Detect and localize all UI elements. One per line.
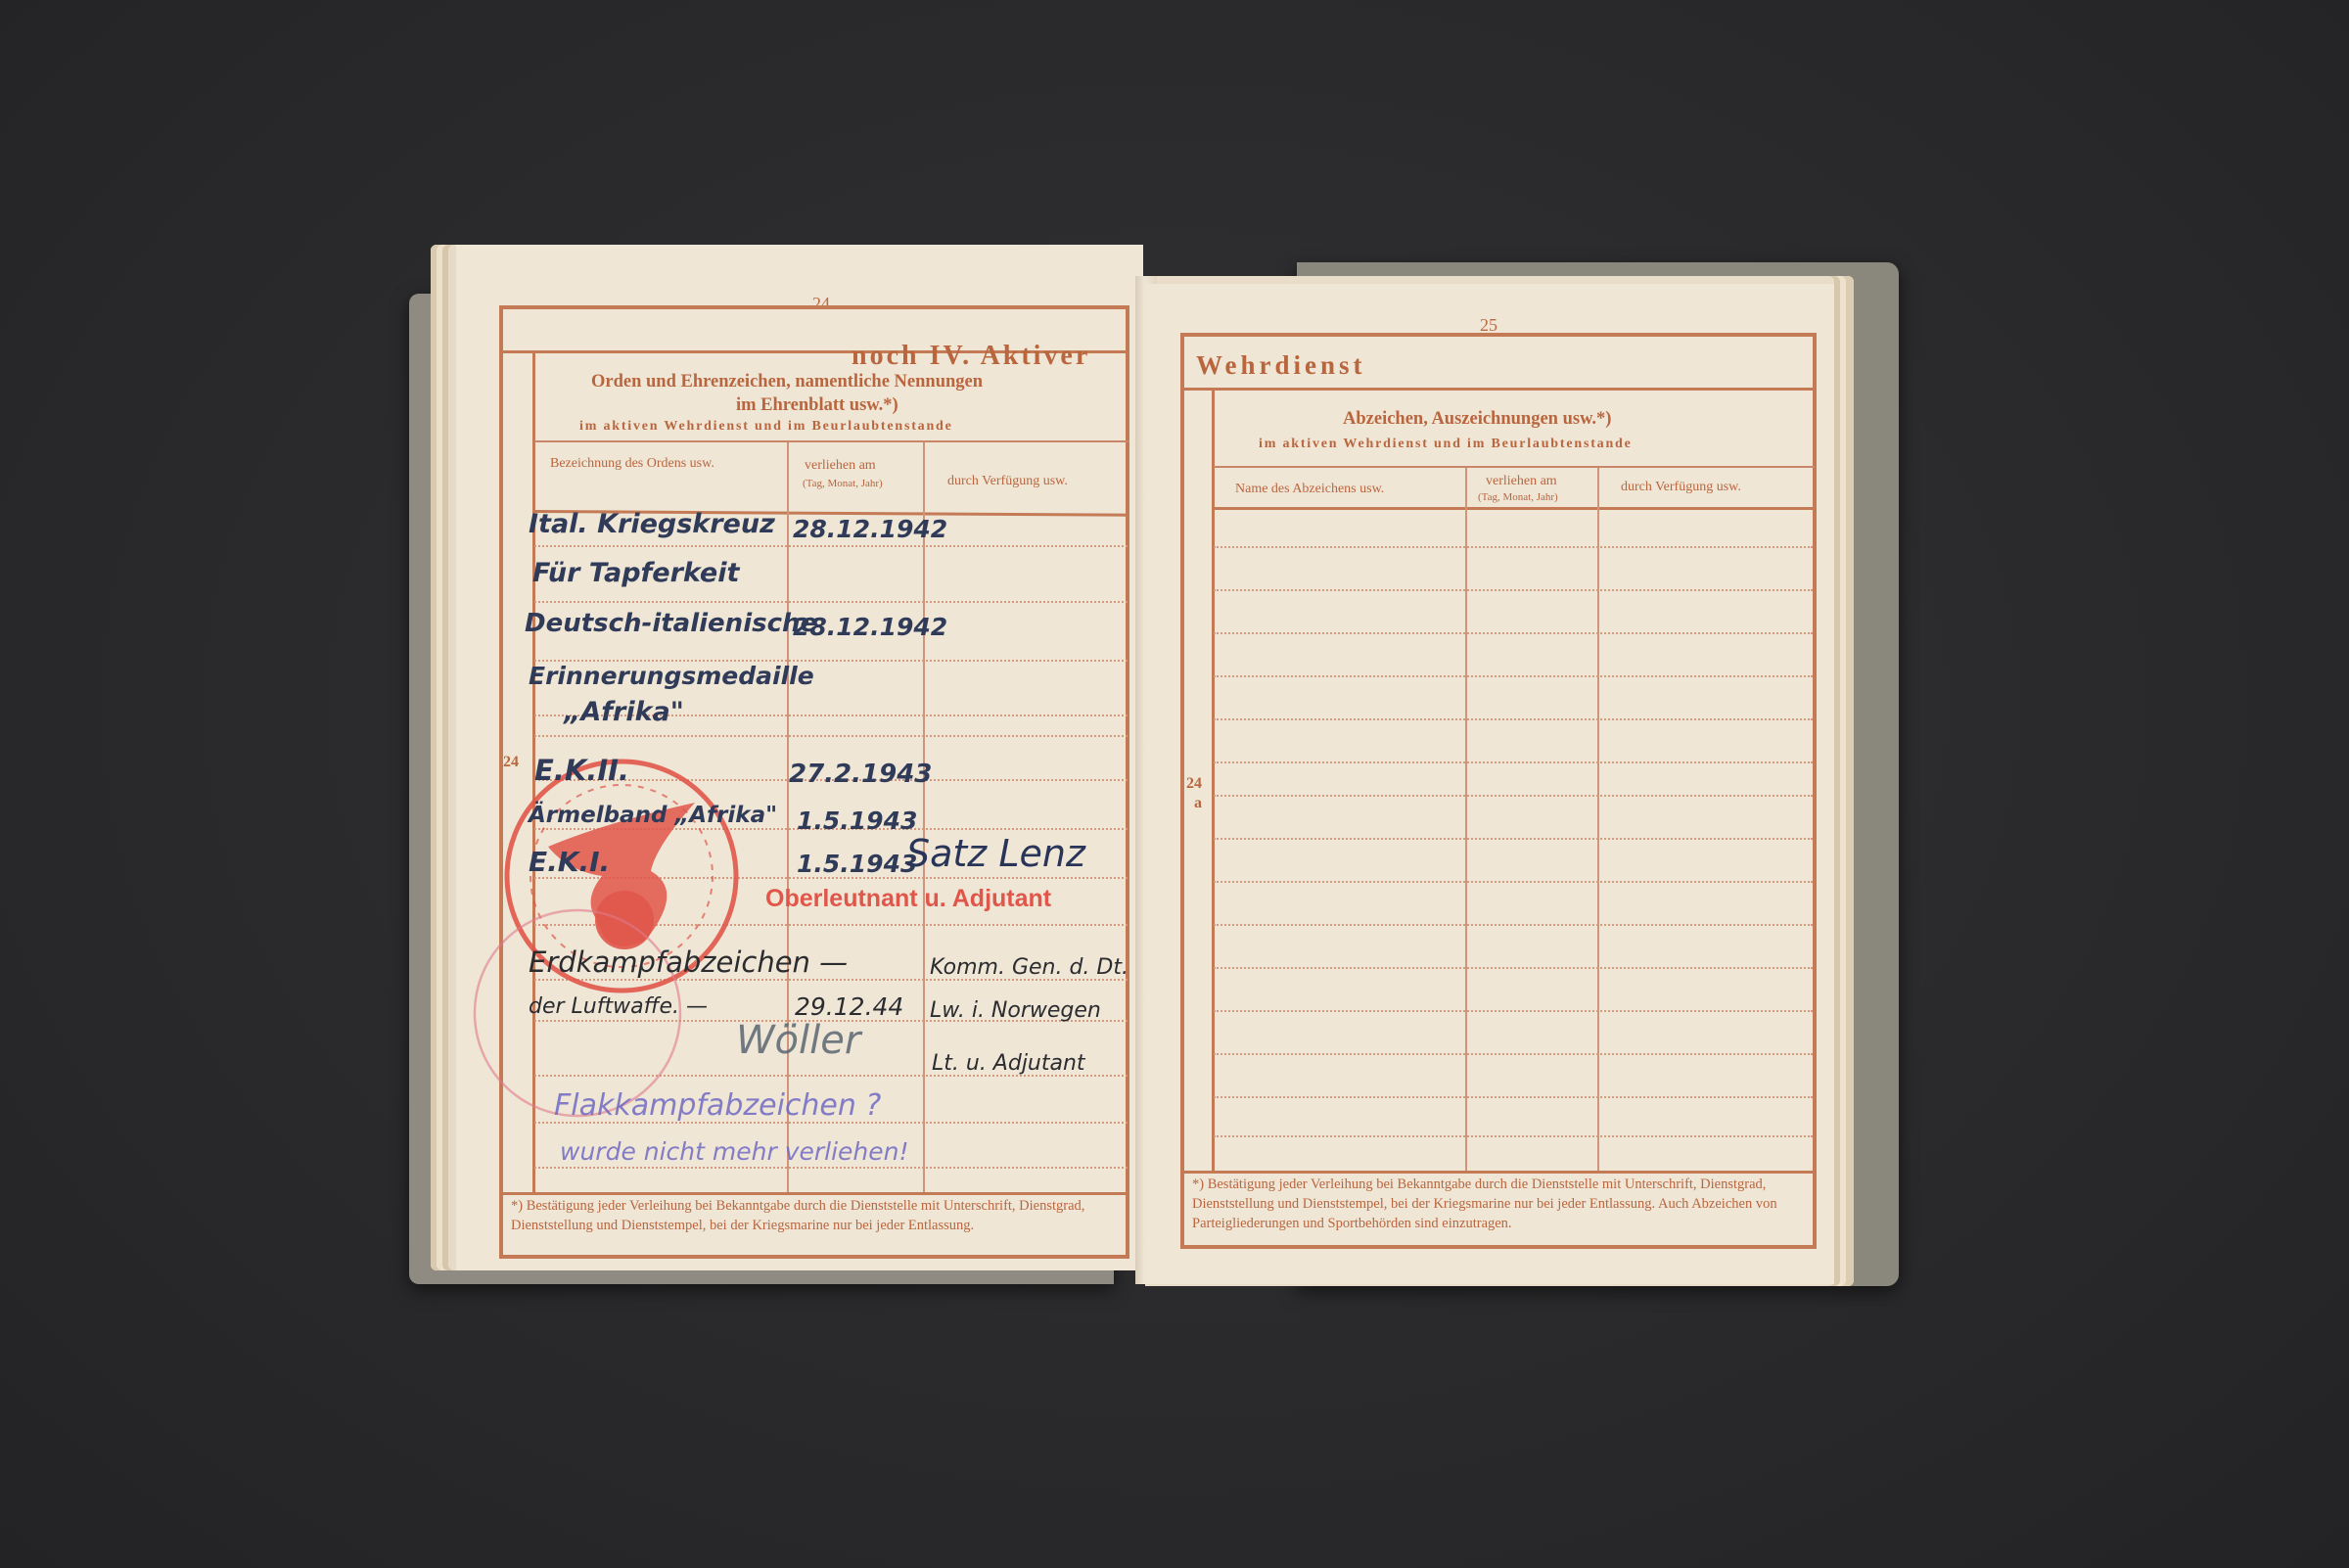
right-col-header-1: Name des Abzeichens usw. [1235, 482, 1384, 497]
right-empty-row-line [1214, 632, 1813, 634]
left-footnote-divider [499, 1192, 1129, 1195]
right-col-header-3: durch Verfügung usw. [1621, 480, 1741, 495]
right-col-divider-2 [1597, 468, 1599, 1173]
left-heading-line3: im aktiven Wehrdienst und im Beurlaubten… [579, 419, 953, 435]
entry-name-5: „Afrika" [564, 697, 684, 727]
entry-name-6: E.K.II. [534, 754, 629, 787]
left-heading-line1: Orden und Ehrenzeichen, namentliche Nenn… [591, 372, 983, 392]
right-empty-row-line [1214, 1135, 1813, 1137]
right-empty-row-line [1214, 1010, 1813, 1012]
entry-date-1: 28.12.1942 [793, 515, 947, 543]
entry-date-6: 27.2.1943 [789, 760, 932, 789]
right-heading-divider [1214, 466, 1815, 468]
right-empty-row-line [1214, 761, 1813, 763]
right-empty-row-line [1214, 967, 1813, 969]
left-col-divider-2 [923, 442, 925, 1194]
entry-authority-9: Komm. Gen. d. Dt. [930, 955, 1128, 980]
right-empty-row-line [1214, 718, 1813, 720]
left-entry-row-line [534, 601, 1128, 603]
entry-name-1: Ital. Kriegskreuz [529, 509, 775, 539]
right-footnote-divider [1180, 1171, 1817, 1174]
entry-authority-10: Lw. i. Norwegen [930, 998, 1101, 1023]
right-col-divider-1 [1465, 468, 1467, 1173]
entry-name-7: Ärmelband „Afrika" [529, 803, 777, 828]
entry-name-8: E.K.I. [529, 846, 610, 878]
left-col-header-3: durch Verfügung usw. [947, 474, 1068, 489]
right-footnote: *) Bestätigung jeder Verleihung bei Beka… [1192, 1175, 1809, 1233]
right-section-title: Wehrdienst [1196, 350, 1366, 381]
right-empty-row-line [1214, 589, 1813, 591]
right-form-frame [1180, 333, 1817, 1249]
right-column-header-divider [1214, 507, 1815, 510]
right-heading-line1: Abzeichen, Auszeichnungen usw.*) [1343, 409, 1611, 430]
entry-date-10: 29.12.44 [795, 992, 903, 1021]
left-section-title: noch IV. Aktiver [852, 341, 1090, 372]
left-col-header-1: Bezeichnung des Ordens usw. [550, 456, 714, 472]
right-margin-marker-sub: a [1194, 795, 1202, 812]
right-col-header-2: verliehen am [1486, 474, 1557, 489]
right-empty-row-line [1214, 924, 1813, 926]
right-col-header-2-sub: (Tag, Monat, Jahr) [1478, 491, 1558, 503]
signature-2: Wöller [736, 1018, 860, 1063]
right-empty-row-line [1214, 881, 1813, 883]
right-empty-row-line [1214, 546, 1813, 548]
right-empty-row-line [1214, 838, 1813, 840]
section-title-text: noch IV. Aktiver [852, 341, 1090, 371]
left-entry-row-line [534, 1167, 1128, 1169]
left-col-header-2: verliehen am [805, 458, 876, 474]
left-heading-line2: im Ehrenblatt usw.*) [736, 395, 898, 416]
entry-name-2: Für Tapferkeit [532, 558, 739, 588]
entry-name-10: der Luftwaffe. — [529, 994, 708, 1019]
right-title-divider [1180, 388, 1817, 391]
signature-2-title: Lt. u. Adjutant [932, 1051, 1085, 1076]
right-empty-row-line [1214, 675, 1813, 677]
pencil-note-2: wurde nicht mehr verliehen! [560, 1137, 909, 1166]
entry-date-8: 1.5.1943 [797, 850, 917, 878]
right-empty-row-line [1214, 1096, 1813, 1098]
signature-1: Satz Lenz [906, 832, 1085, 875]
left-footnote: *) Bestätigung jeder Verleihung bei Beka… [511, 1196, 1122, 1235]
entry-name-3: Deutsch-italienische [525, 609, 817, 638]
signature-1-title-stamp: Oberleutnant u. Adjutant [765, 885, 1051, 913]
entry-name-9: Erdkampfabzeichen — [529, 945, 848, 979]
right-empty-row-line [1214, 795, 1813, 797]
left-entry-row-line [534, 735, 1128, 737]
left-col-divider-1 [787, 442, 789, 1194]
right-empty-row-line [1214, 1053, 1813, 1055]
pencil-note-1: Flakkampfabzeichen ? [554, 1088, 881, 1123]
left-heading-divider [534, 440, 1129, 442]
left-col-header-2-sub: (Tag, Monat, Jahr) [803, 478, 883, 489]
entry-date-3: 28.12.1942 [793, 613, 947, 641]
left-entry-row-line [534, 545, 1128, 547]
right-heading-line2: im aktiven Wehrdienst und im Beurlaubten… [1259, 437, 1633, 452]
entry-name-4: Erinnerungsmedaille [529, 662, 814, 690]
entry-date-7: 1.5.1943 [797, 807, 917, 835]
right-margin-marker: 24 [1186, 775, 1202, 793]
